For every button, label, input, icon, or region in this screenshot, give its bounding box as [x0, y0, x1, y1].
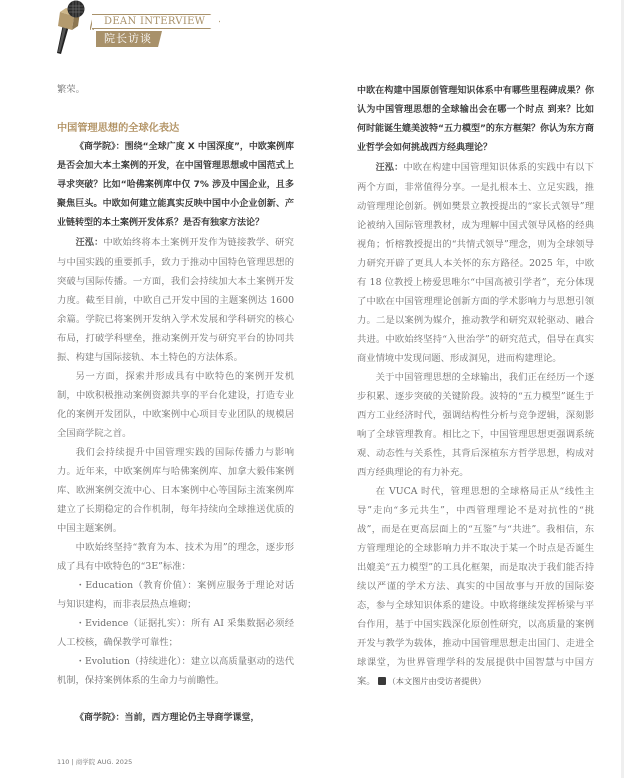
bullet-education: ・Education（教育价值）：案例应服务于理论对话与知识建构，而非表层热点堆… — [57, 576, 294, 614]
question-text: 围绕“全球广度 X 中国深度”，中欧案例库是否会加大本土案例的开发，在中国管理思… — [57, 142, 294, 228]
answer-paragraph: 中欧始终坚持“教育为本、技术为用”的理念，逐步形成了具有中欧特色的“3E”标准： — [57, 538, 294, 576]
answer-text: 中欧始终将本土案例开发作为链接教学、研究与中国实践的重要抓手，致力于推动中国特色… — [57, 237, 294, 363]
carryover-text: 繁荣。 — [57, 80, 294, 99]
answer-speaker: 汪泓： — [376, 163, 404, 173]
answer-paragraph: 我们会持续提升中国管理实践的国际传播力与影响力。近年来，中欧案例库与哈佛案例库、… — [57, 443, 294, 538]
end-square-icon — [378, 677, 386, 685]
interview-question-1: 《商学院》：围绕“全球广度 X 中国深度”，中欧案例库是否会加大本土案例的开发，… — [57, 138, 294, 233]
bullet-evidence: ・Evidence（证据扎实）：所有 AI 采集数据必须经人工校核，确保教学可靠… — [57, 614, 294, 652]
section-title: 中国管理思想的全球化表达 — [57, 120, 294, 138]
page-footer: 110 | 商学院 AUG. 2025 — [57, 757, 132, 766]
bullet-evolution: ・Evolution（持续进化）：建立以高质量驱动的迭代机制，保持案例体系的生命… — [57, 652, 294, 690]
answer-speaker: 汪泓： — [76, 238, 104, 248]
answer-text: 在 VUCA 时代，管理思想的全球格局正从“线性主导”走向“多元共生”，中西管理… — [357, 486, 594, 687]
answer-paragraph: 关于中国管理思想的全球输出，我们正在经历一个逐步积累、逐步突破的关键阶段。波特的… — [357, 368, 594, 482]
left-column: 繁荣。 中国管理思想的全球化表达 《商学院》：围绕“全球广度 X 中国深度”，中… — [57, 80, 294, 728]
answer-paragraph: 在 VUCA 时代，管理思想的全球格局正从“线性主导”走向“多元共生”，中西管理… — [357, 482, 594, 691]
paragraph-gap — [57, 690, 294, 709]
answer-paragraph: 汪泓：中欧始终将本土案例开发作为链接教学、研究与中国实践的重要抓手，致力于推动中… — [57, 233, 294, 367]
photo-credit: （本文图片由受访者提供） — [388, 676, 486, 686]
right-column: 中欧在构建中国原创管理知识体系中有哪些里程碑成果？你认为中国管理思想的全球输出会… — [357, 82, 594, 691]
interview-question-2-continued: 中欧在构建中国原创管理知识体系中有哪些里程碑成果？你认为中国管理思想的全球输出会… — [357, 82, 594, 158]
badge-english-title: DEAN INTERVIEW — [92, 14, 220, 29]
answer-paragraph: 另一方面，探索并形成具有中欧特色的案例开发机制，中欧积极推动案例资源共享的平台化… — [57, 367, 294, 443]
answer-text: 中欧在构建中国管理知识体系的实践中有以下两个方面，非常值得分享。一是扎根本土、立… — [357, 162, 594, 364]
answer-paragraph: 汪泓：中欧在构建中国管理知识体系的实践中有以下两个方面，非常值得分享。一是扎根本… — [357, 158, 594, 368]
interview-question-2-start: 《商学院》：当前，西方理论仍主导商学课堂， — [57, 709, 294, 728]
section-badge: DEAN INTERVIEW 院长访谈 — [52, 0, 212, 55]
badge-chinese-title: 院长访谈 — [96, 31, 162, 47]
question-speaker: 《商学院》： — [75, 142, 125, 152]
